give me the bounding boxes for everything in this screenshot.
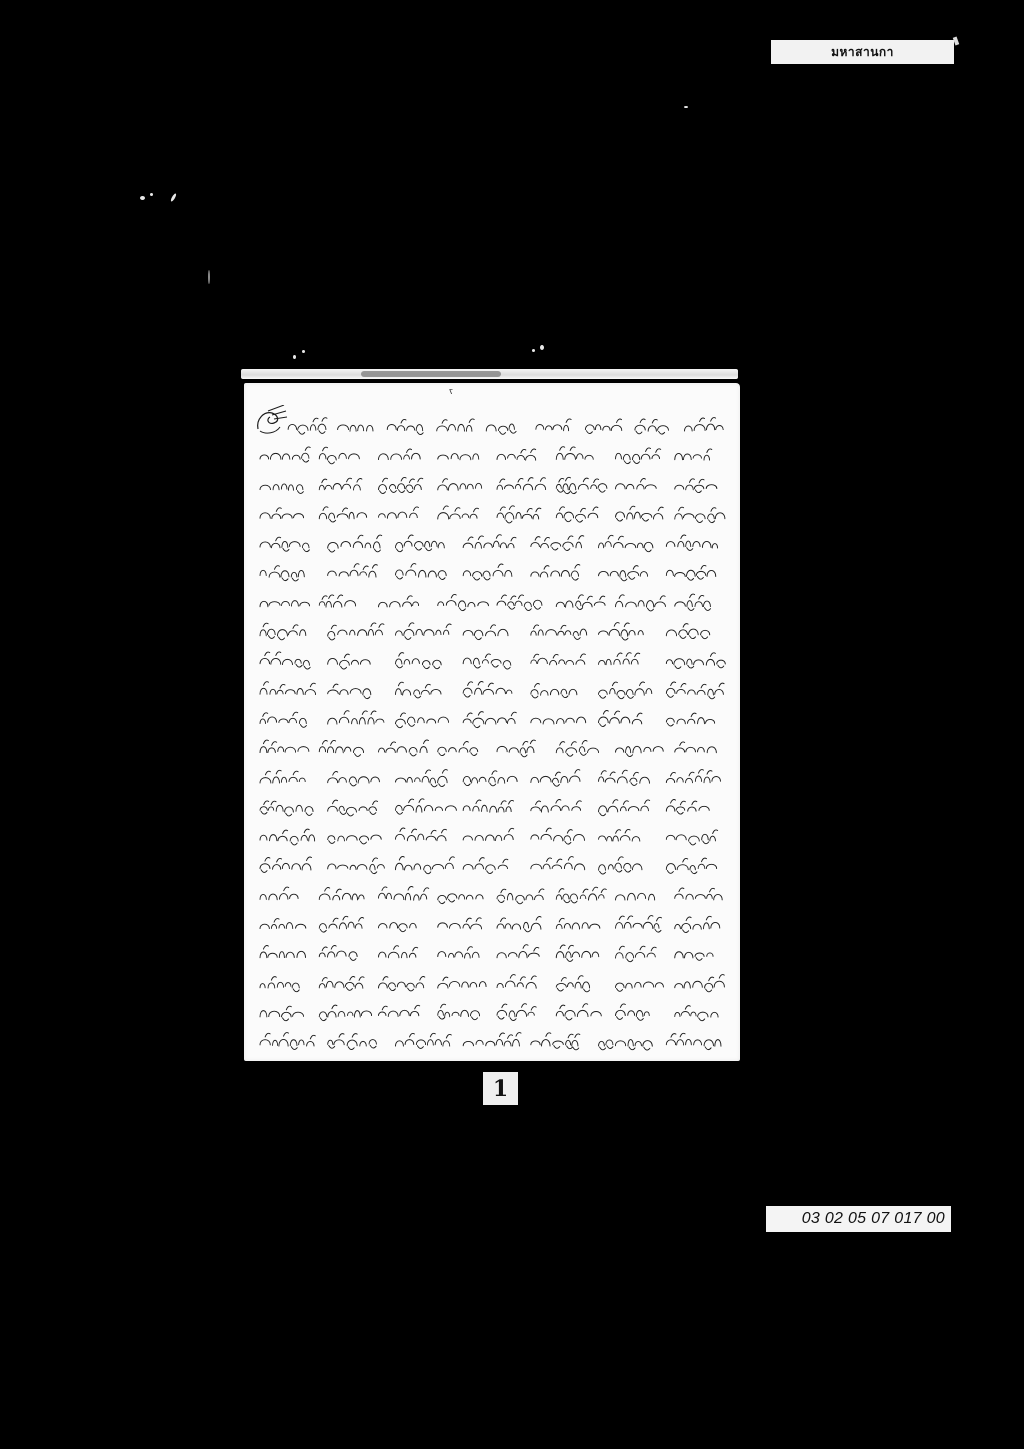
manuscript-line — [258, 528, 730, 557]
manuscript-line — [258, 499, 730, 528]
manuscript-line — [258, 968, 730, 997]
scan-speck — [293, 355, 296, 359]
manuscript-line — [258, 821, 730, 850]
manuscript-line — [258, 733, 730, 762]
manuscript-line — [258, 470, 730, 499]
catalog-number-text: 03 02 05 07 017 00 — [802, 1210, 945, 1228]
page-number-text: 1 — [493, 1076, 508, 1102]
folio-mark: ꧏ — [449, 385, 453, 403]
manuscript-line — [258, 440, 730, 469]
manuscript-line — [258, 997, 730, 1026]
manuscript-line — [258, 587, 730, 616]
manuscript-line — [258, 792, 730, 821]
scan-speck — [208, 270, 210, 284]
scan-speck — [540, 345, 544, 350]
manuscript-line — [258, 880, 730, 909]
scan-speck — [150, 193, 153, 196]
catalog-number: 03 02 05 07 017 00 — [766, 1206, 951, 1232]
scan-speck — [684, 106, 688, 108]
scan-speck — [140, 196, 145, 200]
paper-stain — [361, 371, 501, 377]
manuscript-line — [258, 557, 730, 586]
manuscript-line — [258, 909, 730, 938]
manuscript-line — [258, 616, 730, 645]
manuscript-line — [258, 938, 730, 967]
manuscript-line — [258, 411, 730, 440]
page-number: 1 — [483, 1072, 518, 1105]
manuscript-line — [258, 645, 730, 674]
scan-speck — [170, 193, 177, 202]
manuscript-line — [258, 704, 730, 733]
manuscript-line — [258, 763, 730, 792]
archive-label: มหาสานกา — [771, 40, 954, 64]
manuscript-text-lines — [258, 411, 730, 1056]
scan-speck — [532, 349, 535, 352]
manuscript-line — [258, 1026, 730, 1055]
manuscript-top-strip — [241, 369, 738, 379]
manuscript-page: ꧏ — [244, 383, 740, 1061]
manuscript-line — [258, 675, 730, 704]
archive-label-text: มหาสานกา — [831, 43, 894, 62]
manuscript-line — [258, 850, 730, 879]
scan-speck — [302, 350, 305, 353]
